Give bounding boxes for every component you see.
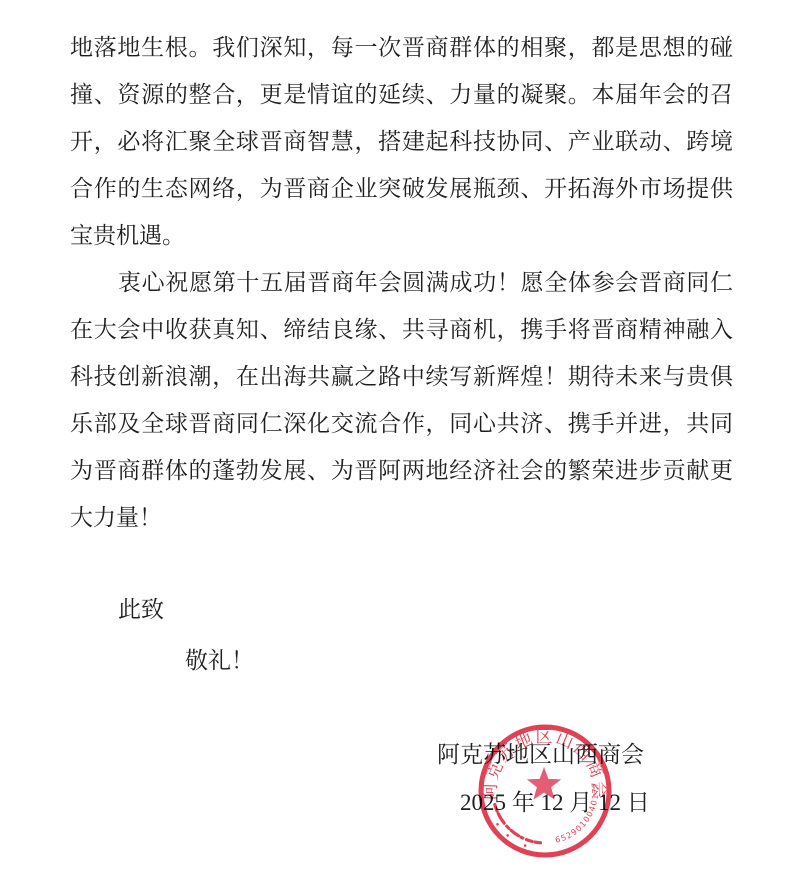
- body-line: 在大会中收获真知、缔结良缘、共寻商机，携手将晋商精神融入: [70, 306, 733, 353]
- body-line: 撞、资源的整合，更是情谊的延续、力量的凝聚。本届年会的召: [70, 71, 733, 118]
- body-line: 合作的生态网络，为晋商企业突破发展瓶颈、开拓海外市场提供: [70, 165, 733, 212]
- letter-page: 地落地生根。我们深知，每一次晋商群体的相聚，都是思想的碰 撞、资源的整合，更是情…: [0, 0, 800, 890]
- body-line: 开，必将汇聚全球晋商智慧，搭建起科技协同、产业联动、跨境: [70, 118, 733, 165]
- closing-regards: 敬礼！: [185, 649, 254, 672]
- body-line: 宝贵机遇。: [70, 212, 733, 259]
- closing-salute: 此致: [118, 598, 164, 621]
- script-dot: [496, 823, 499, 826]
- official-red-seal: 阿克苏地区山西商会 6529010040177: [470, 716, 620, 866]
- body-line: 乐部及全球晋商同仁深化交流合作，同心共济、携手并进，共同: [70, 400, 733, 447]
- body-line: 衷心祝愿第十五届晋商年会圆满成功！愿全体参会晋商同仁: [70, 259, 733, 306]
- letter-body: 地落地生根。我们深知，每一次晋商群体的相聚，都是思想的碰 撞、资源的整合，更是情…: [70, 24, 733, 541]
- body-line: 地落地生根。我们深知，每一次晋商群体的相聚，都是思想的碰: [70, 24, 733, 71]
- body-line: 为晋商群体的蓬勃发展、为晋阿两地经济社会的繁荣进步贡献更: [70, 447, 733, 494]
- script-dot: [524, 844, 527, 847]
- seal-star-icon: [527, 767, 561, 800]
- body-line: 大力量！: [70, 494, 733, 541]
- body-line: 科技创新浪潮，在出海共赢之路中续写新辉煌！期待未来与贵俱: [70, 353, 733, 400]
- script-dot: [506, 834, 509, 837]
